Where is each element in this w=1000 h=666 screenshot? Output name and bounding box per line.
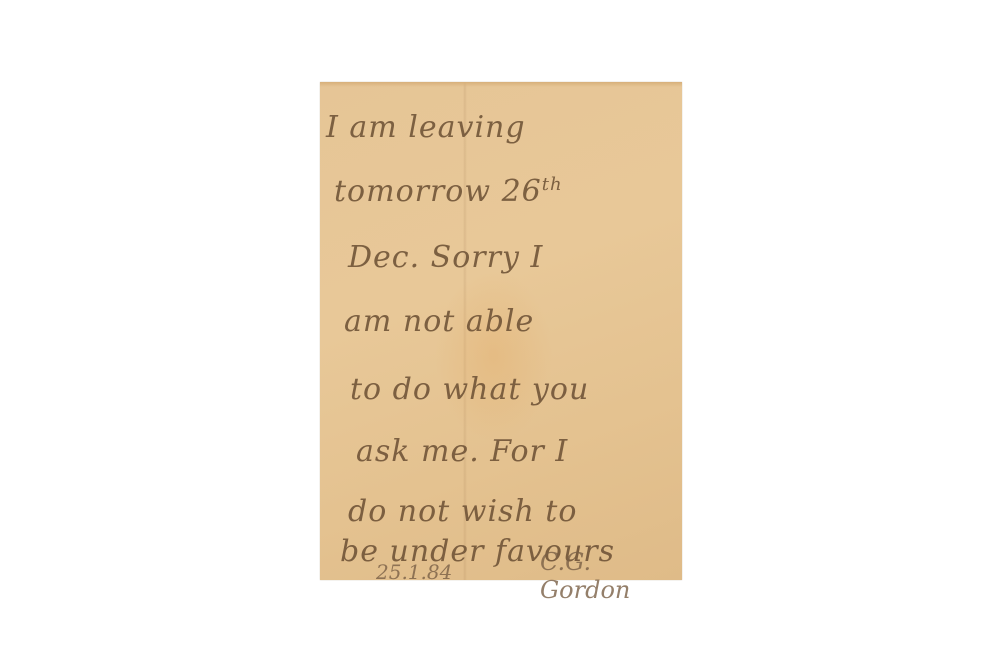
letter-line-2-text: tomorrow 26 (334, 174, 542, 209)
letter-line-4: am not able (344, 304, 534, 339)
handwritten-letter: I am leaving tomorrow 26th Dec. Sorry I … (320, 82, 682, 580)
letter-line-6: ask me. For I (356, 434, 568, 469)
superscript: th (542, 174, 563, 195)
letter-date: 25.1.84 (376, 560, 452, 584)
letter-signature: C.G. Gordon (540, 548, 682, 604)
letter-line-3: Dec. Sorry I (348, 240, 543, 275)
letter-line-2: tomorrow 26th (334, 174, 563, 209)
letter-line-1: I am leaving (326, 110, 526, 145)
letter-line-5: to do what you (350, 372, 589, 407)
letter-line-7: do not wish to (348, 494, 577, 529)
